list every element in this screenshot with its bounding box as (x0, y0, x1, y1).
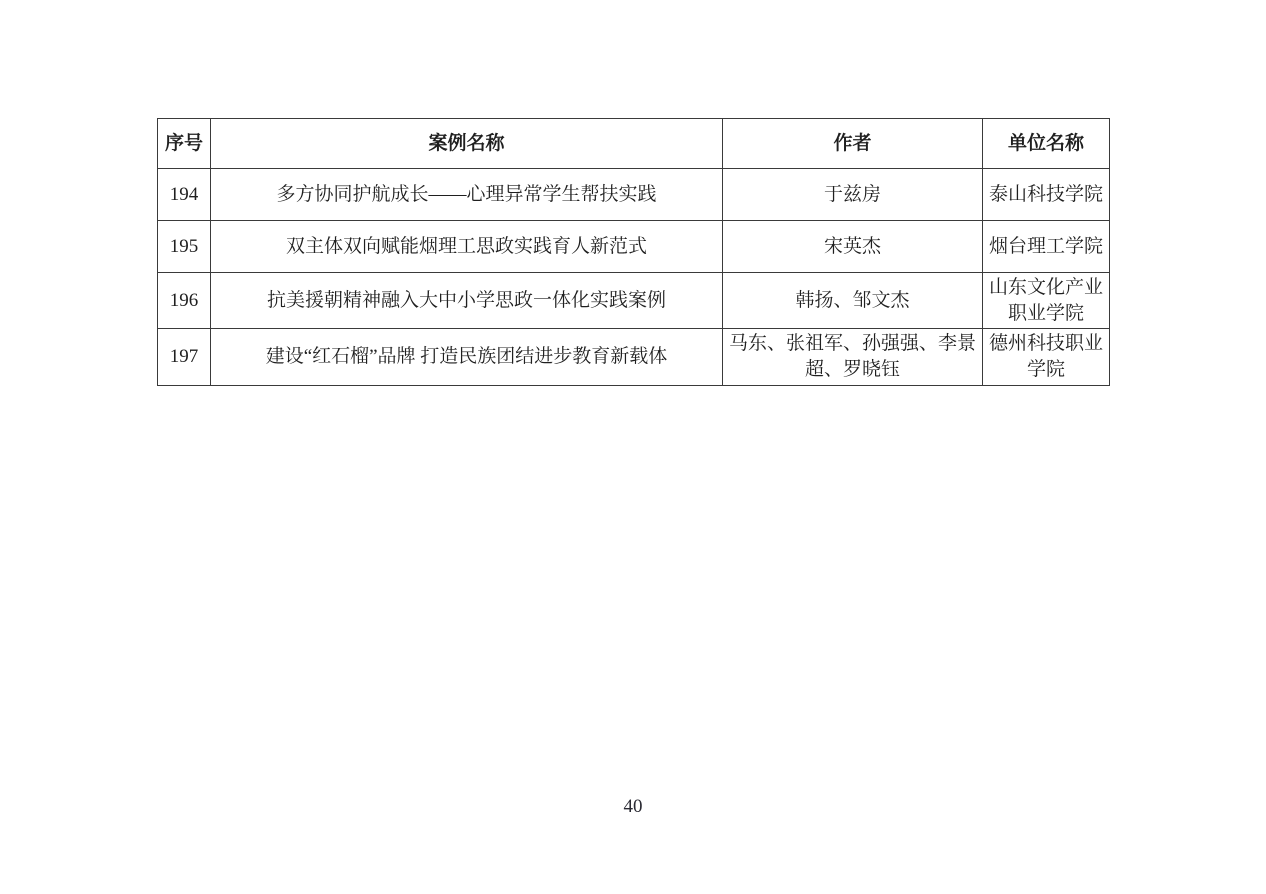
cell-case-name: 抗美援朝精神融入大中小学思政一体化实践案例 (211, 273, 723, 329)
table-row: 194 多方协同护航成长——心理异常学生帮扶实践 于兹房 泰山科技学院 (158, 169, 1110, 221)
cell-serial: 194 (158, 169, 211, 221)
cell-serial: 196 (158, 273, 211, 329)
cases-table: 序号 案例名称 作者 单位名称 194 多方协同护航成长——心理异常学生帮扶实践… (157, 118, 1110, 386)
cell-case-name: 多方协同护航成长——心理异常学生帮扶实践 (211, 169, 723, 221)
cell-unit: 山东文化产业职业学院 (983, 273, 1110, 329)
col-header-serial: 序号 (158, 119, 211, 169)
table-header-row: 序号 案例名称 作者 单位名称 (158, 119, 1110, 169)
col-header-case-name: 案例名称 (211, 119, 723, 169)
cell-case-name: 双主体双向赋能烟理工思政实践育人新范式 (211, 221, 723, 273)
cell-serial: 195 (158, 221, 211, 273)
cell-authors: 韩扬、邹文杰 (723, 273, 983, 329)
cell-authors: 宋英杰 (723, 221, 983, 273)
cell-unit: 泰山科技学院 (983, 169, 1110, 221)
col-header-author: 作者 (723, 119, 983, 169)
table-row: 197 建设“红石榴”品牌 打造民族团结进步教育新载体 马东、张祖军、孙强强、李… (158, 329, 1110, 385)
table-row: 195 双主体双向赋能烟理工思政实践育人新范式 宋英杰 烟台理工学院 (158, 221, 1110, 273)
cell-authors: 马东、张祖军、孙强强、李景超、罗晓钰 (723, 329, 983, 385)
cell-unit: 德州科技职业学院 (983, 329, 1110, 385)
cell-unit: 烟台理工学院 (983, 221, 1110, 273)
cell-serial: 197 (158, 329, 211, 385)
table-row: 196 抗美援朝精神融入大中小学思政一体化实践案例 韩扬、邹文杰 山东文化产业职… (158, 273, 1110, 329)
cell-case-name: 建设“红石榴”品牌 打造民族团结进步教育新载体 (211, 329, 723, 385)
page-number: 40 (0, 796, 1266, 818)
col-header-unit: 单位名称 (983, 119, 1110, 169)
cell-authors: 于兹房 (723, 169, 983, 221)
